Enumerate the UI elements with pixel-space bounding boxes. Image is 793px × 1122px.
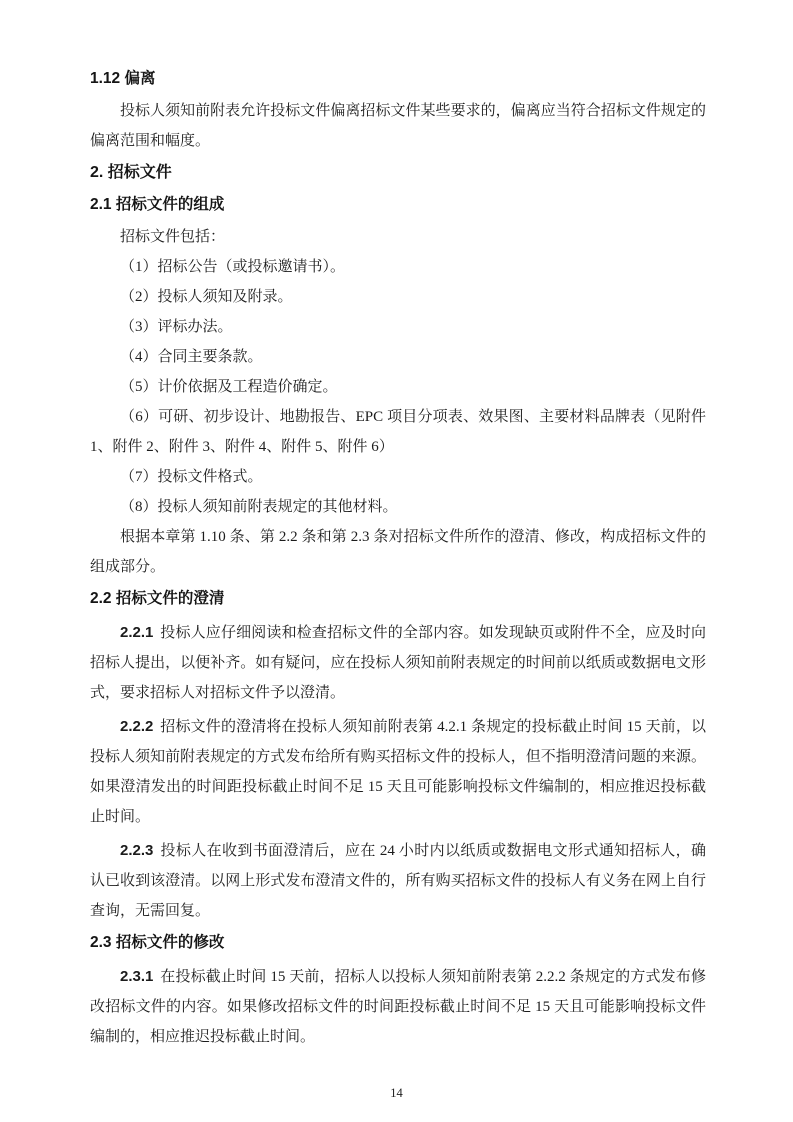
list-item-2: （2）投标人须知及附录。 — [90, 282, 706, 312]
clause-2-2-2: 2.2.2招标文件的澄清将在投标人须知前附表第 4.2.1 条规定的投标截止时间… — [90, 712, 706, 832]
clause-text: 投标人应仔细阅读和检查招标文件的全部内容。如发现缺页或附件不全，应及时向招标人提… — [90, 625, 706, 701]
paragraph-deviation: 投标人须知前附表允许投标文件偏离招标文件某些要求的，偏离应当符合招标文件规定的偏… — [90, 96, 706, 156]
clause-number: 2.2.3 — [120, 842, 153, 859]
clause-number: 2.2.1 — [120, 624, 153, 641]
clause-text: 投标人在收到书面澄清后，应在 24 小时内以纸质或数据电文形式通知招标人，确认已… — [90, 843, 706, 919]
heading-tender-documents: 2. 招标文件 — [90, 158, 706, 188]
list-item-5: （5）计价依据及工程造价确定。 — [90, 372, 706, 402]
clause-2-2-3: 2.2.3投标人在收到书面澄清后，应在 24 小时内以纸质或数据电文形式通知招标… — [90, 836, 706, 926]
document-page: 1.12 偏离 投标人须知前附表允许投标文件偏离招标文件某些要求的，偏离应当符合… — [0, 0, 793, 1122]
clause-text: 招标文件的澄清将在投标人须知前附表第 4.2.1 条规定的投标截止时间 15 天… — [90, 719, 706, 825]
list-item-4: （4）合同主要条款。 — [90, 342, 706, 372]
clause-2-2-1: 2.2.1投标人应仔细阅读和检查招标文件的全部内容。如发现缺页或附件不全，应及时… — [90, 618, 706, 708]
list-item-1: （1）招标公告（或投标邀请书）。 — [90, 252, 706, 282]
heading-modification: 2.3 招标文件的修改 — [90, 928, 706, 958]
list-item-8: （8）投标人须知前附表规定的其他材料。 — [90, 492, 706, 522]
clause-number: 2.3.1 — [120, 968, 153, 985]
list-item-6: （6）可研、初步设计、地勘报告、EPC 项目分项表、效果图、主要材料品牌表（见附… — [90, 402, 706, 462]
list-item-7: （7）投标文件格式。 — [90, 462, 706, 492]
page-number: 14 — [0, 1086, 793, 1101]
clause-text: 在投标截止时间 15 天前，招标人以投标人须知前附表第 2.2.2 条规定的方式… — [90, 969, 706, 1045]
paragraph-clarification-note: 根据本章第 1.10 条、第 2.2 条和第 2.3 条对招标文件所作的澄清、修… — [90, 522, 706, 582]
clause-2-3-1: 2.3.1在投标截止时间 15 天前，招标人以投标人须知前附表第 2.2.2 条… — [90, 962, 706, 1052]
page-content: 1.12 偏离 投标人须知前附表允许投标文件偏离招标文件某些要求的，偏离应当符合… — [90, 62, 706, 1052]
heading-deviation: 1.12 偏离 — [90, 64, 706, 94]
heading-clarification: 2.2 招标文件的澄清 — [90, 584, 706, 614]
paragraph-includes: 招标文件包括： — [90, 222, 706, 252]
list-item-3: （3）评标办法。 — [90, 312, 706, 342]
clause-number: 2.2.2 — [120, 718, 153, 735]
heading-composition: 2.1 招标文件的组成 — [90, 190, 706, 220]
